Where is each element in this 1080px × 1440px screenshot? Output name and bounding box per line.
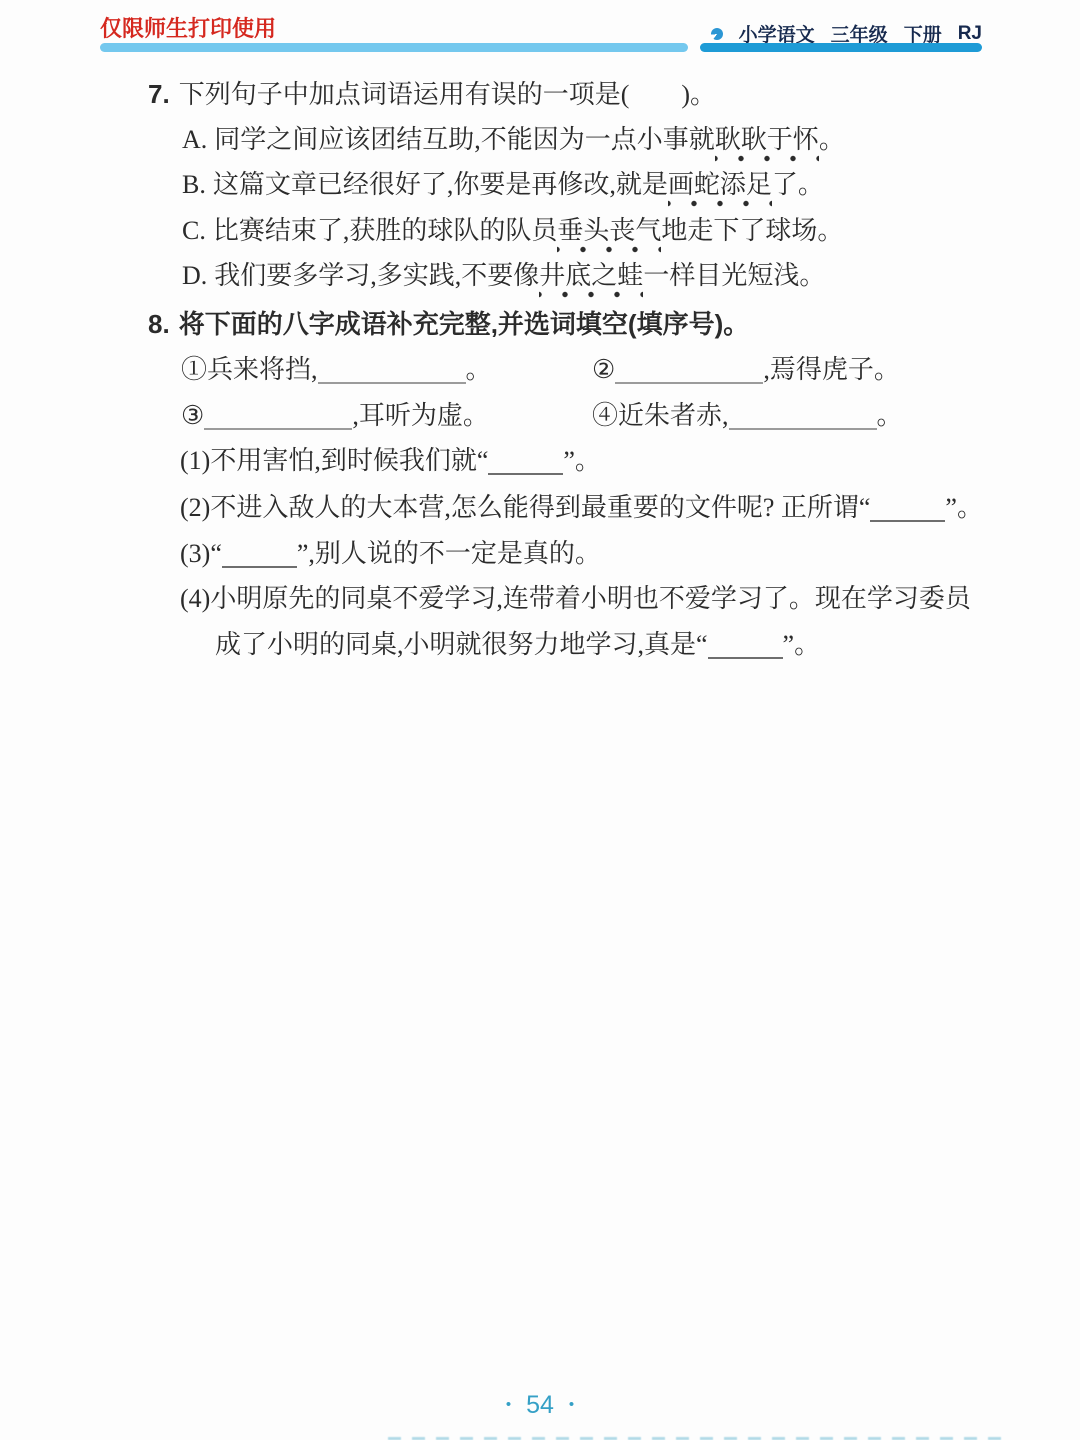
answer-blank (708, 631, 783, 659)
question-8-text: 将下面的八字成语补充完整,并选词填空(填序号)。 (179, 309, 750, 339)
fill-3: (3)“”,别人说的不一定是真的。 (180, 536, 601, 572)
fill-4-line1: (4)小明原先的同桌不爱学习,连带着小明也不爱学习了。现在学习委员 (180, 581, 971, 617)
answer-blank (488, 447, 563, 475)
question-8-number: 8. (148, 309, 170, 339)
print-restriction-notice: 仅限师生打印使用 (100, 16, 276, 42)
emphasized-idiom: 垂头丧气 (557, 216, 661, 254)
answer-blank (222, 540, 297, 568)
page-number: 54 (526, 1391, 554, 1419)
idiom-1: ①兵来将挡,。 (181, 352, 492, 388)
idiom-4: ④近朱者赤,。 (592, 398, 903, 434)
emphasized-idiom: 井底之蛙 (539, 261, 643, 299)
answer-blank (729, 402, 877, 430)
emphasized-idiom: 耿耿于怀 (715, 125, 819, 163)
answer-blank (204, 402, 352, 430)
option-c: C.比赛结束了,获胜的球队的队员垂头丧气地走下了球场。 (182, 213, 843, 249)
footer-dot-right: • (569, 1391, 574, 1419)
header-rule-dark (700, 43, 982, 52)
worksheet-page: 仅限师生打印使用 小学语文 三年级 下册 RJ 7.下列句子中加点词语运用有误的… (0, 0, 1080, 1440)
page-footer: • 54 • (0, 1391, 1080, 1419)
option-c-label: C. (182, 216, 206, 245)
header-rule-light (100, 43, 688, 52)
option-a: A.同学之间应该团结互助,不能因为一点小事就耿耿于怀。 (182, 122, 845, 158)
option-b: B.这篇文章已经很好了,你要是再修改,就是画蛇添足了。 (182, 167, 824, 203)
fill-4-line2: 成了小明的同桌,小明就很努力地学习,真是“”。 (215, 627, 820, 663)
footer-dot-left: • (506, 1391, 511, 1419)
emphasized-idiom: 画蛇添足 (668, 170, 772, 208)
idiom-3: ③,耳听为虚。 (181, 398, 489, 434)
question-7-text: 下列句子中加点词语运用有误的一项是( )。 (179, 80, 716, 109)
answer-blank (870, 494, 945, 522)
answer-blank (318, 356, 466, 384)
question-7-stem: 7.下列句子中加点词语运用有误的一项是( )。 (148, 76, 716, 113)
option-b-label: B. (182, 170, 206, 199)
fill-2: (2)不进入敌人的大本营,怎么能得到最重要的文件呢? 正所谓“”。 (180, 490, 983, 526)
book-edition: RJ (958, 23, 982, 45)
option-a-label: A. (182, 125, 207, 154)
bullet-dot-icon (711, 28, 723, 40)
question-7-number: 7. (148, 79, 170, 109)
idiom-2: ②,焉得虎子。 (592, 352, 900, 388)
question-8-stem: 8.将下面的八字成语补充完整,并选词填空(填序号)。 (148, 306, 749, 343)
fill-1: (1)不用害怕,到时候我们就“”。 (180, 443, 601, 479)
answer-blank (615, 356, 763, 384)
option-d-label: D. (182, 261, 207, 290)
option-d: D.我们要多学习,多实践,不要像井底之蛙一样目光短浅。 (182, 258, 825, 294)
